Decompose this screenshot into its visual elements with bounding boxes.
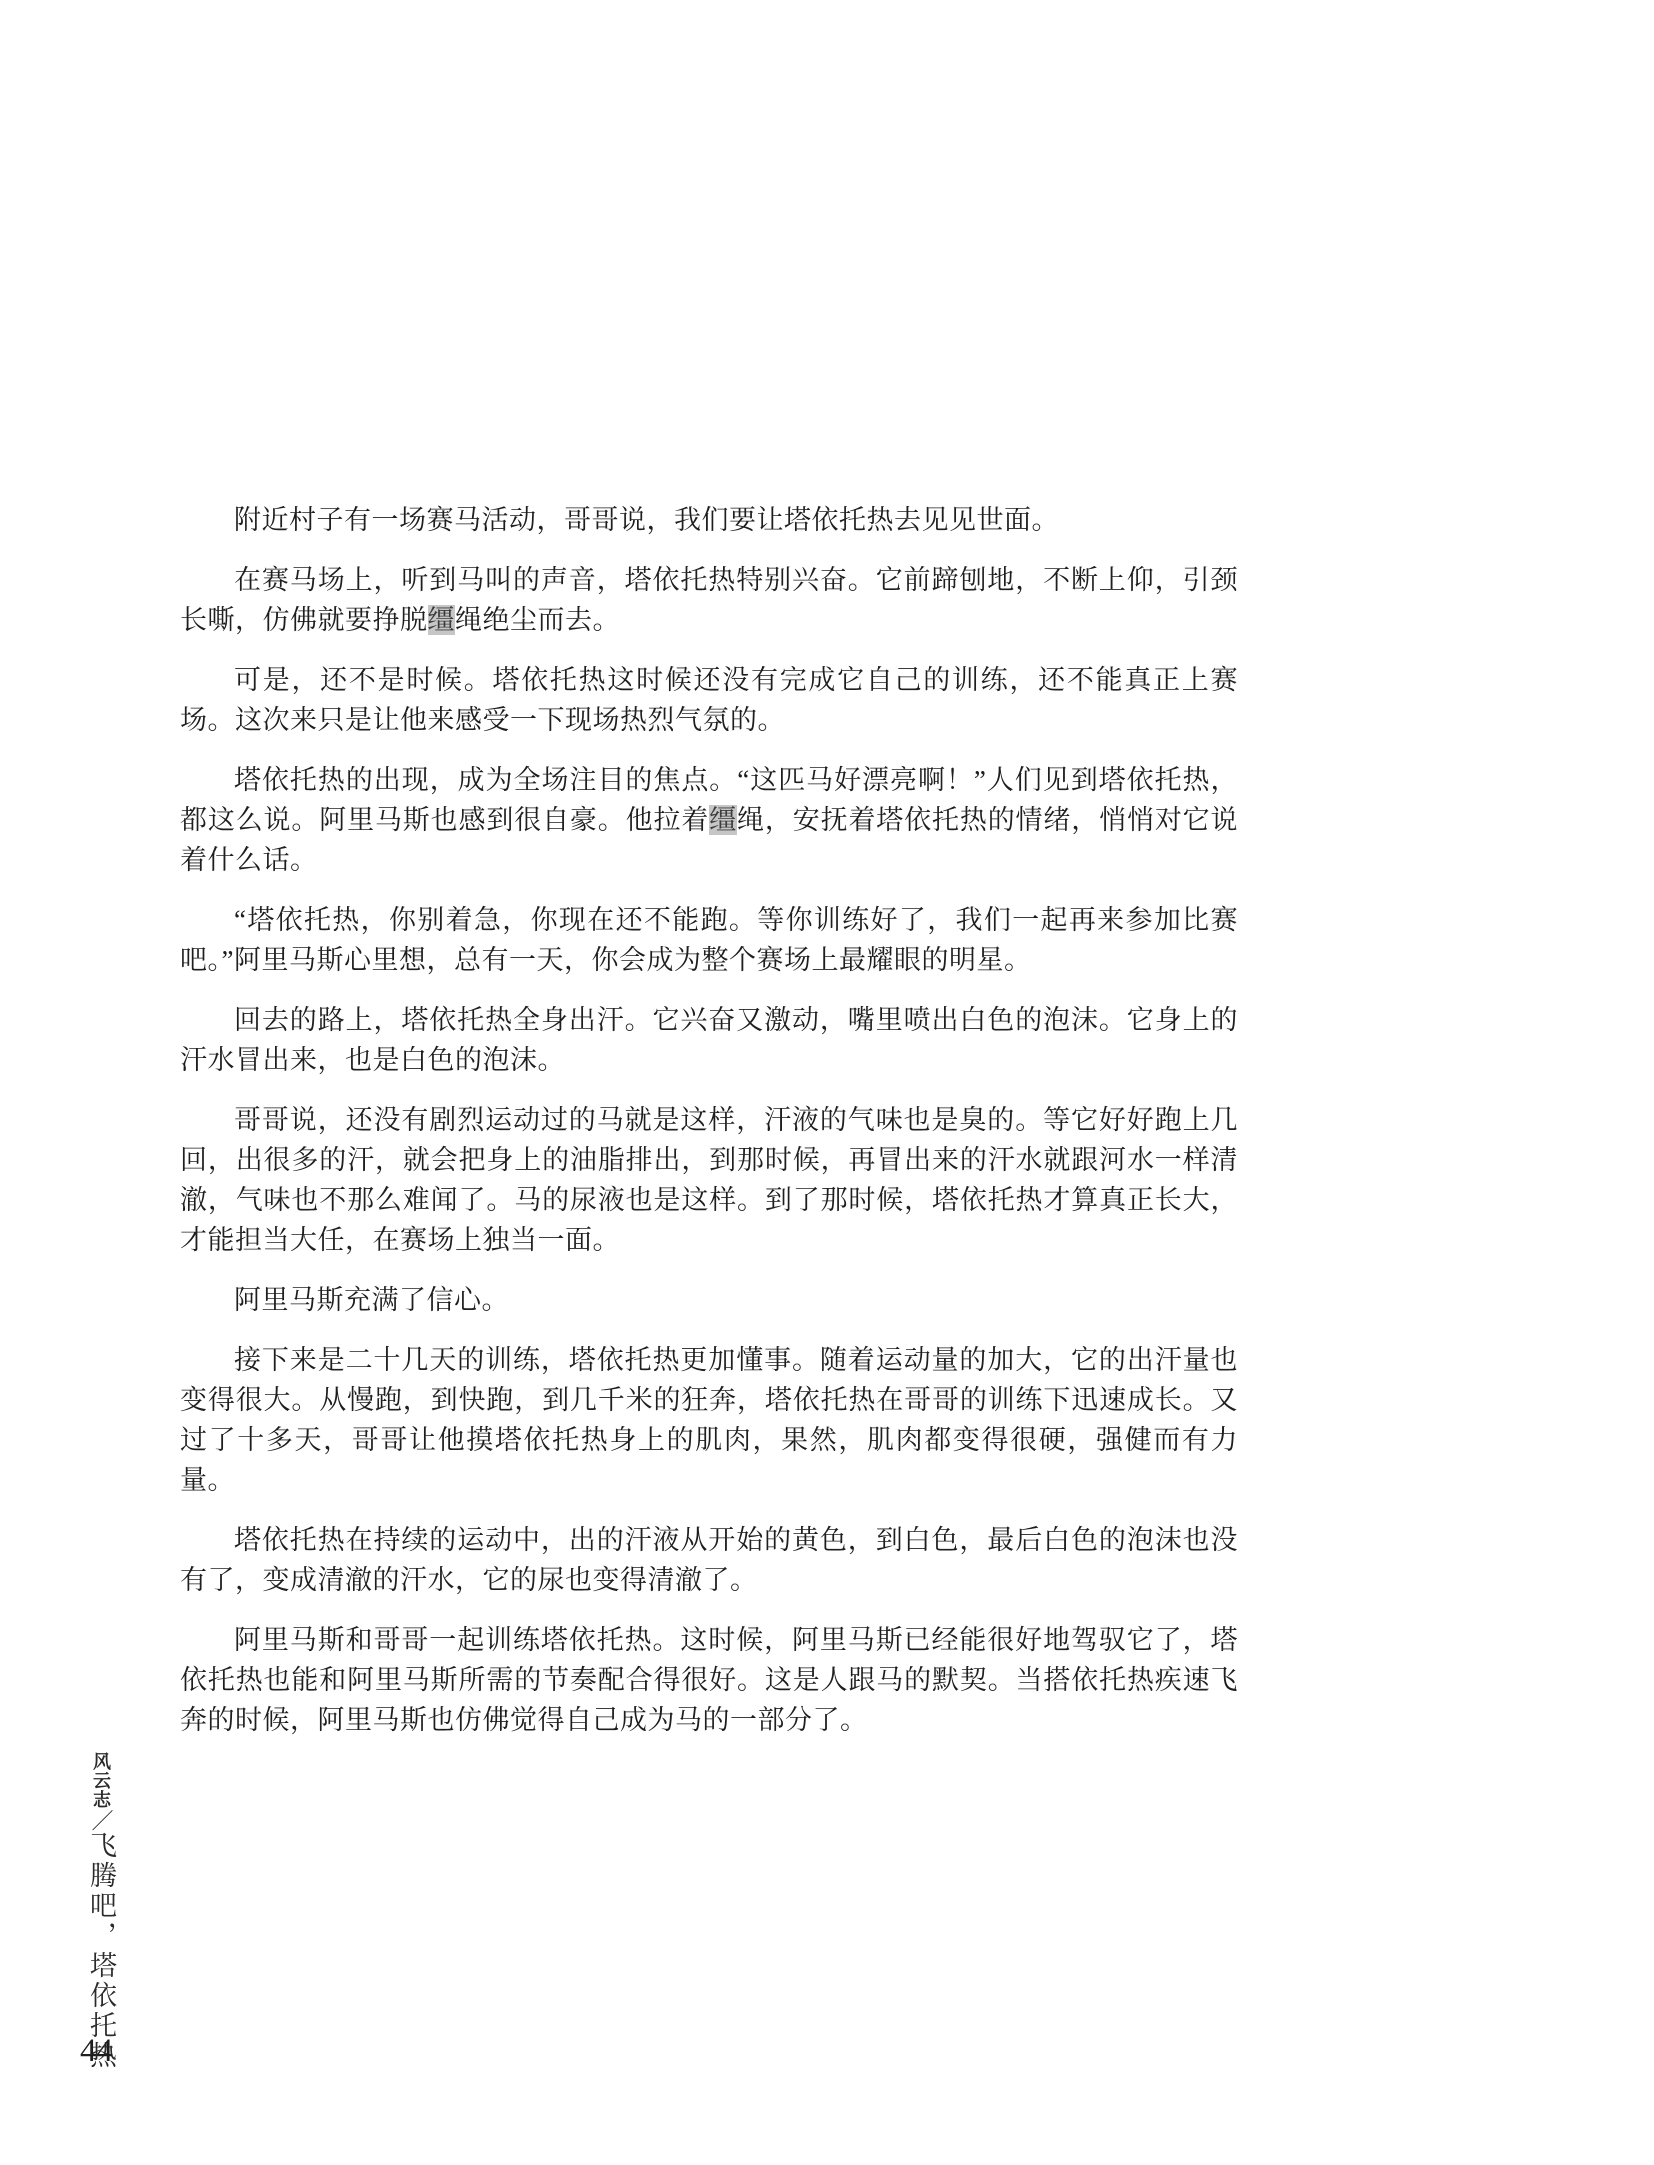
sidebar-vertical-title: 风云志／飞腾吧，塔依托热 — [82, 1752, 121, 2052]
paragraph: 塔依托热的出现，成为全场注目的焦点。“这匹马好漂亮啊！”人们见到塔依托热，都这么… — [180, 760, 1238, 880]
paragraph: 回去的路上，塔依托热全身出汗。它兴奋又激动，嘴里喷出白色的泡沫。它身上的汗水冒出… — [180, 1000, 1238, 1080]
paragraph: 哥哥说，还没有剧烈运动过的马就是这样，汗液的气味也是臭的。等它好好跑上几回，出很… — [180, 1100, 1238, 1260]
slash-separator: ／ — [89, 1809, 114, 1831]
substituted-glyph: 缰 — [709, 805, 737, 835]
paragraph: 接下来是二十几天的训练，塔依托热更加懂事。随着运动量的加大，它的出汗量也变得很大… — [180, 1340, 1238, 1500]
substituted-glyph: 缰 — [428, 605, 456, 635]
paragraph: 塔依托热在持续的运动中，出的汗液从开始的黄色，到白色，最后白色的泡沫也没有了，变… — [180, 1520, 1238, 1600]
article-body: 附近村子有一场赛马活动，哥哥说，我们要让塔依托热去见见世面。在赛马场上，听到马叫… — [180, 500, 1238, 1760]
page-number: 44 — [80, 2033, 113, 2070]
paragraph: 阿里马斯充满了信心。 — [180, 1280, 1238, 1320]
paragraph: 附近村子有一场赛马活动，哥哥说，我们要让塔依托热去见见世面。 — [180, 500, 1238, 540]
book-page: 附近村子有一场赛马活动，哥哥说，我们要让塔依托热去见见世面。在赛马场上，听到马叫… — [0, 0, 1654, 2165]
paragraph: 阿里马斯和哥哥一起训练塔依托热。这时候，阿里马斯已经能很好地驾驭它了，塔依托热也… — [180, 1620, 1238, 1740]
paragraph: 在赛马场上，听到马叫的声音，塔依托热特别兴奋。它前蹄刨地，不断上仰，引颈长嘶，仿… — [180, 560, 1238, 640]
paragraph: 可是，还不是时候。塔依托热这时候还没有完成它自己的训练，还不能真正上赛场。这次来… — [180, 660, 1238, 740]
paragraph: “塔依托热，你别着急，你现在还不能跑。等你训练好了，我们一起再来参加比赛吧。”阿… — [180, 900, 1238, 980]
series-label: 风云志 — [91, 1752, 111, 1809]
